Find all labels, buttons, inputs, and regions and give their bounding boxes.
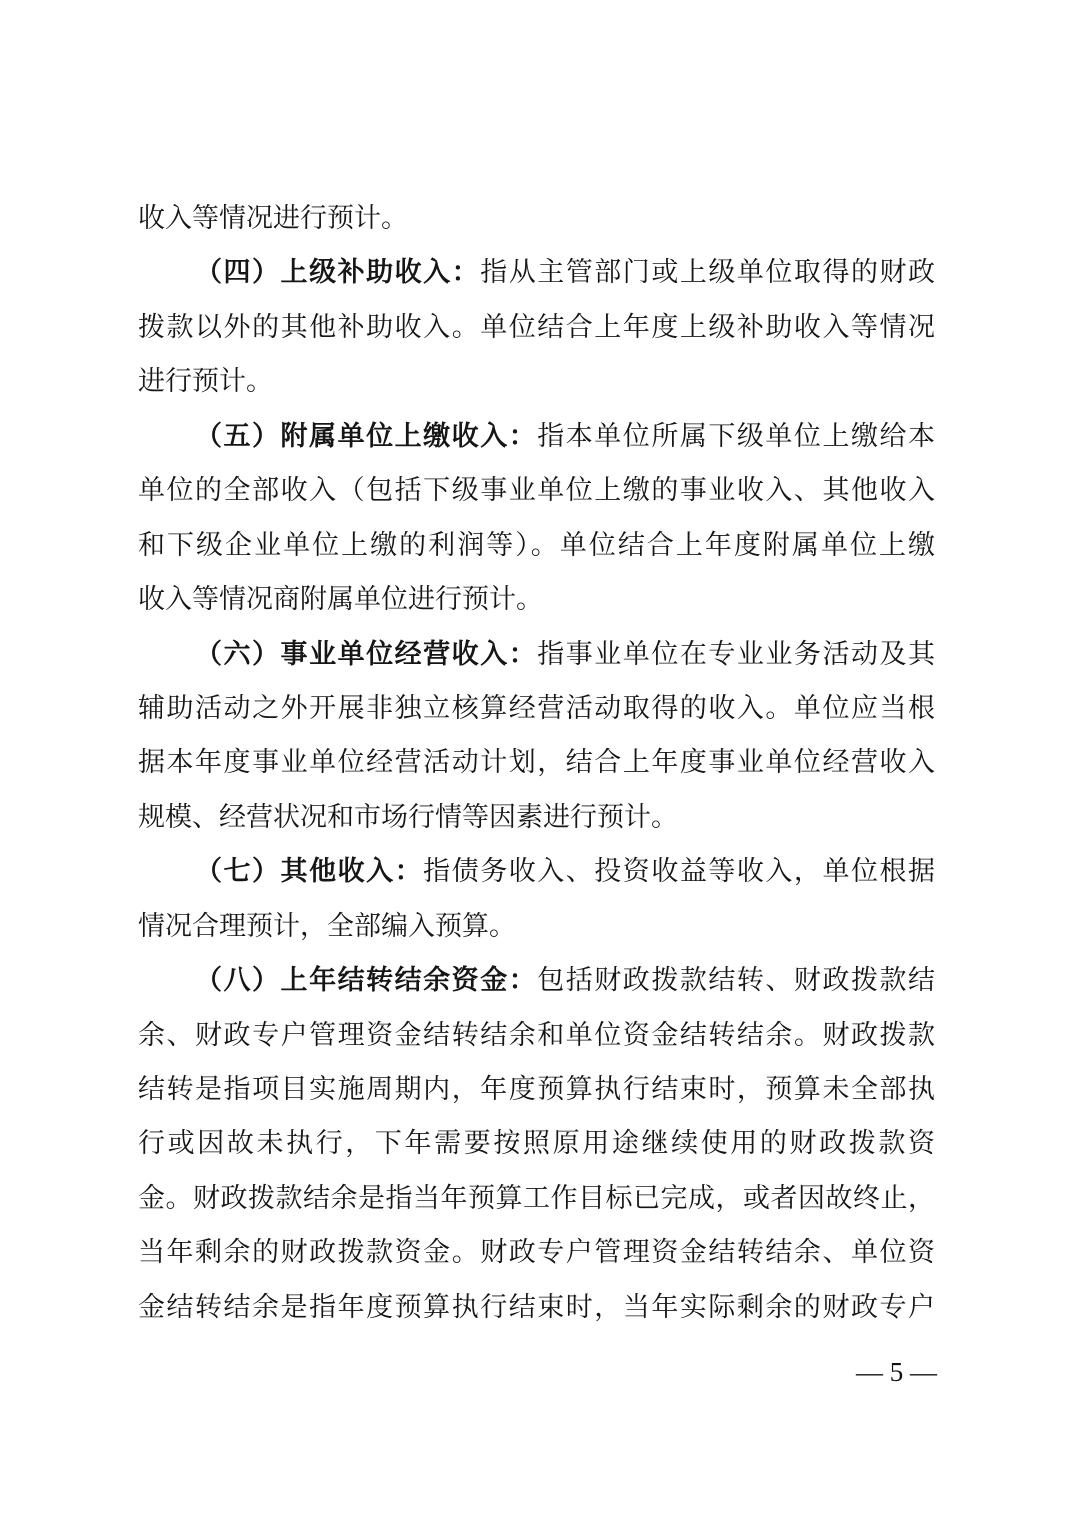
line-text: 拨款以外的其他补助收入。单位结合上年度上级补助收入等情况 bbox=[138, 312, 935, 342]
section-heading-6: （六）事业单位经营收入： bbox=[195, 639, 537, 669]
line-text: 辅助活动之外开展非独立核算经营活动取得的收入。单位应当根 bbox=[138, 693, 935, 723]
text-line: （四）上级补助收入：指从主管部门或上级单位取得的财政 bbox=[138, 245, 935, 299]
text-line: （八）上年结转结余资金：包括财政拨款结转、财政拨款结 bbox=[138, 953, 935, 1007]
text-line: （六）事业单位经营收入：指事业单位在专业业务活动及其 bbox=[138, 627, 935, 681]
text-line: 单位的全部收入（包括下级事业单位上缴的事业收入、其他收入 bbox=[138, 463, 935, 517]
line-text: 收入等情况商附属单位进行预计。 bbox=[138, 584, 543, 614]
section-heading-4: （四）上级补助收入： bbox=[195, 257, 480, 287]
text-line: 金结转结余是指年度预算执行结束时，当年实际剩余的财政专户 bbox=[138, 1280, 935, 1334]
line-text: 金。财政拨款结余是指当年预算工作目标已完成，或者因故终止， bbox=[138, 1183, 935, 1213]
text-line: 当年剩余的财政拨款资金。财政专户管理资金结转结余、单位资 bbox=[138, 1225, 935, 1279]
line-text: 情况合理预计，全部编入预算。 bbox=[138, 911, 516, 941]
text-line: 情况合理预计，全部编入预算。 bbox=[138, 899, 935, 953]
line-text: 指事业单位在专业业务活动及其 bbox=[537, 639, 935, 669]
line-text: 行或因故未执行，下年需要按照原用途继续使用的财政拨款资 bbox=[138, 1128, 935, 1158]
text-line: 据本年度事业单位经营活动计划，结合上年度事业单位经营收入 bbox=[138, 735, 935, 789]
line-text: 结转是指项目实施周期内，年度预算执行结束时，预算未全部执 bbox=[138, 1074, 935, 1104]
text-line: 收入等情况进行预计。 bbox=[138, 191, 935, 245]
line-text: 据本年度事业单位经营活动计划，结合上年度事业单位经营收入 bbox=[138, 747, 935, 777]
section-heading-8: （八）上年结转结余资金： bbox=[195, 965, 537, 995]
line-text: 指从主管部门或上级单位取得的财政 bbox=[480, 257, 935, 287]
text-line: 拨款以外的其他补助收入。单位结合上年度上级补助收入等情况 bbox=[138, 300, 935, 354]
line-text: 指本单位所属下级单位上缴给本 bbox=[537, 421, 935, 451]
text-line: 规模、经营状况和市场行情等因素进行预计。 bbox=[138, 790, 935, 844]
line-text: 规模、经营状况和市场行情等因素进行预计。 bbox=[138, 802, 678, 832]
text-line: （七）其他收入：指债务收入、投资收益等收入，单位根据 bbox=[138, 844, 935, 898]
text-line: 进行预计。 bbox=[138, 354, 935, 408]
section-heading-7: （七）其他收入： bbox=[195, 856, 423, 886]
line-text: 当年剩余的财政拨款资金。财政专户管理资金结转结余、单位资 bbox=[138, 1237, 935, 1267]
line-text: 金结转结余是指年度预算执行结束时，当年实际剩余的财政专户 bbox=[138, 1292, 935, 1322]
page-number: — 5 — bbox=[856, 1352, 937, 1392]
line-text: 包括财政拨款结转、财政拨款结 bbox=[537, 965, 935, 995]
text-line: 行或因故未执行，下年需要按照原用途继续使用的财政拨款资 bbox=[138, 1116, 935, 1170]
text-line: 收入等情况商附属单位进行预计。 bbox=[138, 572, 935, 626]
document-page: 收入等情况进行预计。 （四）上级补助收入：指从主管部门或上级单位取得的财政 拨款… bbox=[0, 0, 1074, 1520]
text-line: 和下级企业单位上缴的利润等）。单位结合上年度附属单位上缴 bbox=[138, 518, 935, 572]
text-line: （五）附属单位上缴收入：指本单位所属下级单位上缴给本 bbox=[138, 409, 935, 463]
document-body: 收入等情况进行预计。 （四）上级补助收入：指从主管部门或上级单位取得的财政 拨款… bbox=[138, 191, 935, 1334]
line-text: 和下级企业单位上缴的利润等）。单位结合上年度附属单位上缴 bbox=[138, 530, 935, 560]
line-text: 余、财政专户管理资金结转结余和单位资金结转结余。财政拨款 bbox=[138, 1020, 935, 1050]
line-text: 单位的全部收入（包括下级事业单位上缴的事业收入、其他收入 bbox=[138, 475, 935, 505]
section-heading-5: （五）附属单位上缴收入： bbox=[195, 421, 537, 451]
text-line: 余、财政专户管理资金结转结余和单位资金结转结余。财政拨款 bbox=[138, 1008, 935, 1062]
text-line: 结转是指项目实施周期内，年度预算执行结束时，预算未全部执 bbox=[138, 1062, 935, 1116]
text-line: 辅助活动之外开展非独立核算经营活动取得的收入。单位应当根 bbox=[138, 681, 935, 735]
line-text: 进行预计。 bbox=[138, 366, 273, 396]
line-text: 指债务收入、投资收益等收入，单位根据 bbox=[423, 856, 935, 886]
line-text: 收入等情况进行预计。 bbox=[138, 203, 408, 233]
text-line: 金。财政拨款结余是指当年预算工作目标已完成，或者因故终止， bbox=[138, 1171, 935, 1225]
